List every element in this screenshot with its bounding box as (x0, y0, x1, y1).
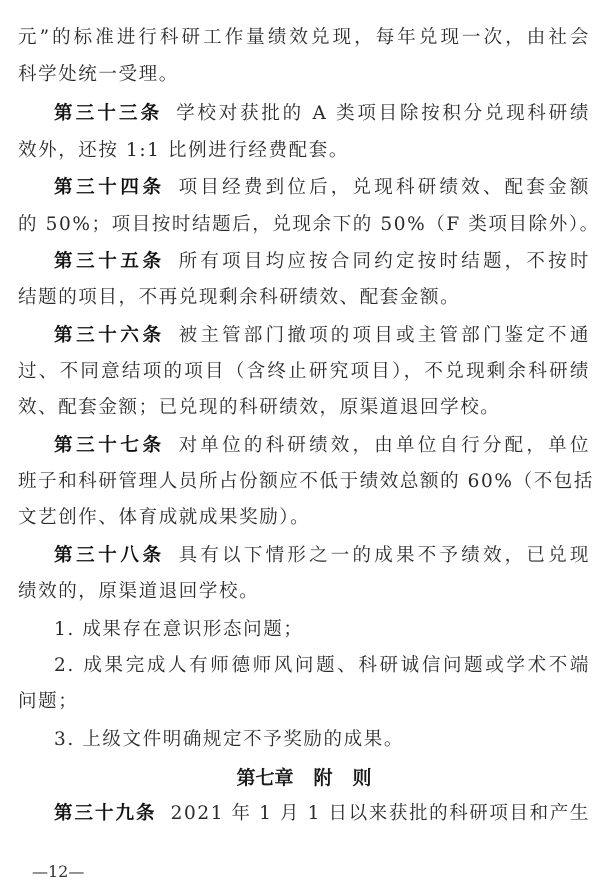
article-34: 第三十四条项目经费到位后，兑现科研绩效、配套金额 (54, 173, 590, 203)
article-number: 第三十七条 (54, 435, 165, 456)
article-text: 学校对获批的 A 类项目除按积分兑现科研绩 (176, 103, 590, 124)
list-item-1: 1. 成果存在意识形态问题； (54, 615, 590, 645)
paragraph-line: 绩效的，原渠道退回学校。 (18, 577, 590, 607)
article-number: 第三十四条 (54, 177, 165, 198)
chapter-title-part: 则 (353, 767, 372, 789)
article-number: 第三十六条 (54, 325, 165, 346)
paragraph-line: 过、不同意结项的项目（含终止研究项目），不兑现剩余科研绩 (18, 357, 590, 387)
paragraph-line: 班子和科研管理人员所占份额应不低于绩效总额的 60%（不包括 (18, 467, 590, 497)
article-text: 具有以下情形之一的成果不予绩效，已兑现 (179, 545, 590, 566)
paragraph-line: 结题的项目，不再兑现剩余科研绩效、配套金额。 (18, 283, 590, 313)
page-number: —12— (32, 860, 84, 884)
paragraph-line: 问题； (18, 687, 590, 717)
article-number: 第三十八条 (54, 545, 165, 566)
article-39: 第三十九条2021 年 1 月 1 日以来获批的科研项目和产生 (54, 799, 590, 829)
article-text: 项目经费到位后，兑现科研绩效、配套金额 (179, 177, 590, 198)
paragraph-line: 元”的标准进行科研工作量绩效兑现，每年兑现一次，由社会 (18, 23, 590, 53)
paragraph-line: 效外，还按 1:1 比例进行经费配套。 (18, 136, 590, 166)
article-number: 第三十九条 (54, 803, 157, 824)
chapter-title-part: 附 (313, 767, 332, 789)
list-item-2: 2. 成果完成人有师德师风问题、科研诚信问题或学术不端 (54, 651, 590, 681)
paragraph-line: 科学处统一受理。 (18, 60, 590, 90)
paragraph-line: 文艺创作、体育成就成果奖励）。 (18, 503, 590, 533)
paragraph-line: 的 50%；项目按时结题后，兑现余下的 50%（F 类项目除外）。 (18, 210, 590, 240)
chapter-number: 第七章 (236, 767, 293, 789)
article-33: 第三十三条学校对获批的 A 类项目除按积分兑现科研绩 (54, 99, 590, 129)
article-number: 第三十三条 (54, 103, 162, 124)
article-number: 第三十五条 (54, 251, 165, 272)
article-38: 第三十八条具有以下情形之一的成果不予绩效，已兑现 (54, 541, 590, 571)
list-item-3: 3. 上级文件明确规定不予奖励的成果。 (54, 725, 590, 755)
paragraph-line: 效、配套金额；已兑现的科研绩效，原渠道退回学校。 (18, 393, 590, 423)
article-text: 被主管部门撤项的项目或主管部门鉴定不通 (179, 325, 590, 346)
article-37: 第三十七条对单位的科研绩效，由单位自行分配，单位 (54, 431, 590, 461)
article-36: 第三十六条被主管部门撤项的项目或主管部门鉴定不通 (54, 321, 590, 351)
article-text: 所有项目均应按合同约定按时结题，不按时 (179, 251, 590, 272)
chapter-heading: 第七章附则 (0, 763, 608, 793)
article-35: 第三十五条所有项目均应按合同约定按时结题，不按时 (54, 247, 590, 277)
article-text: 2021 年 1 月 1 日以来获批的科研项目和产生 (171, 803, 590, 824)
article-text: 对单位的科研绩效，由单位自行分配，单位 (179, 435, 590, 456)
document-page: 元”的标准进行科研工作量绩效兑现，每年兑现一次，由社会 科学处统一受理。 第三十… (0, 0, 608, 896)
